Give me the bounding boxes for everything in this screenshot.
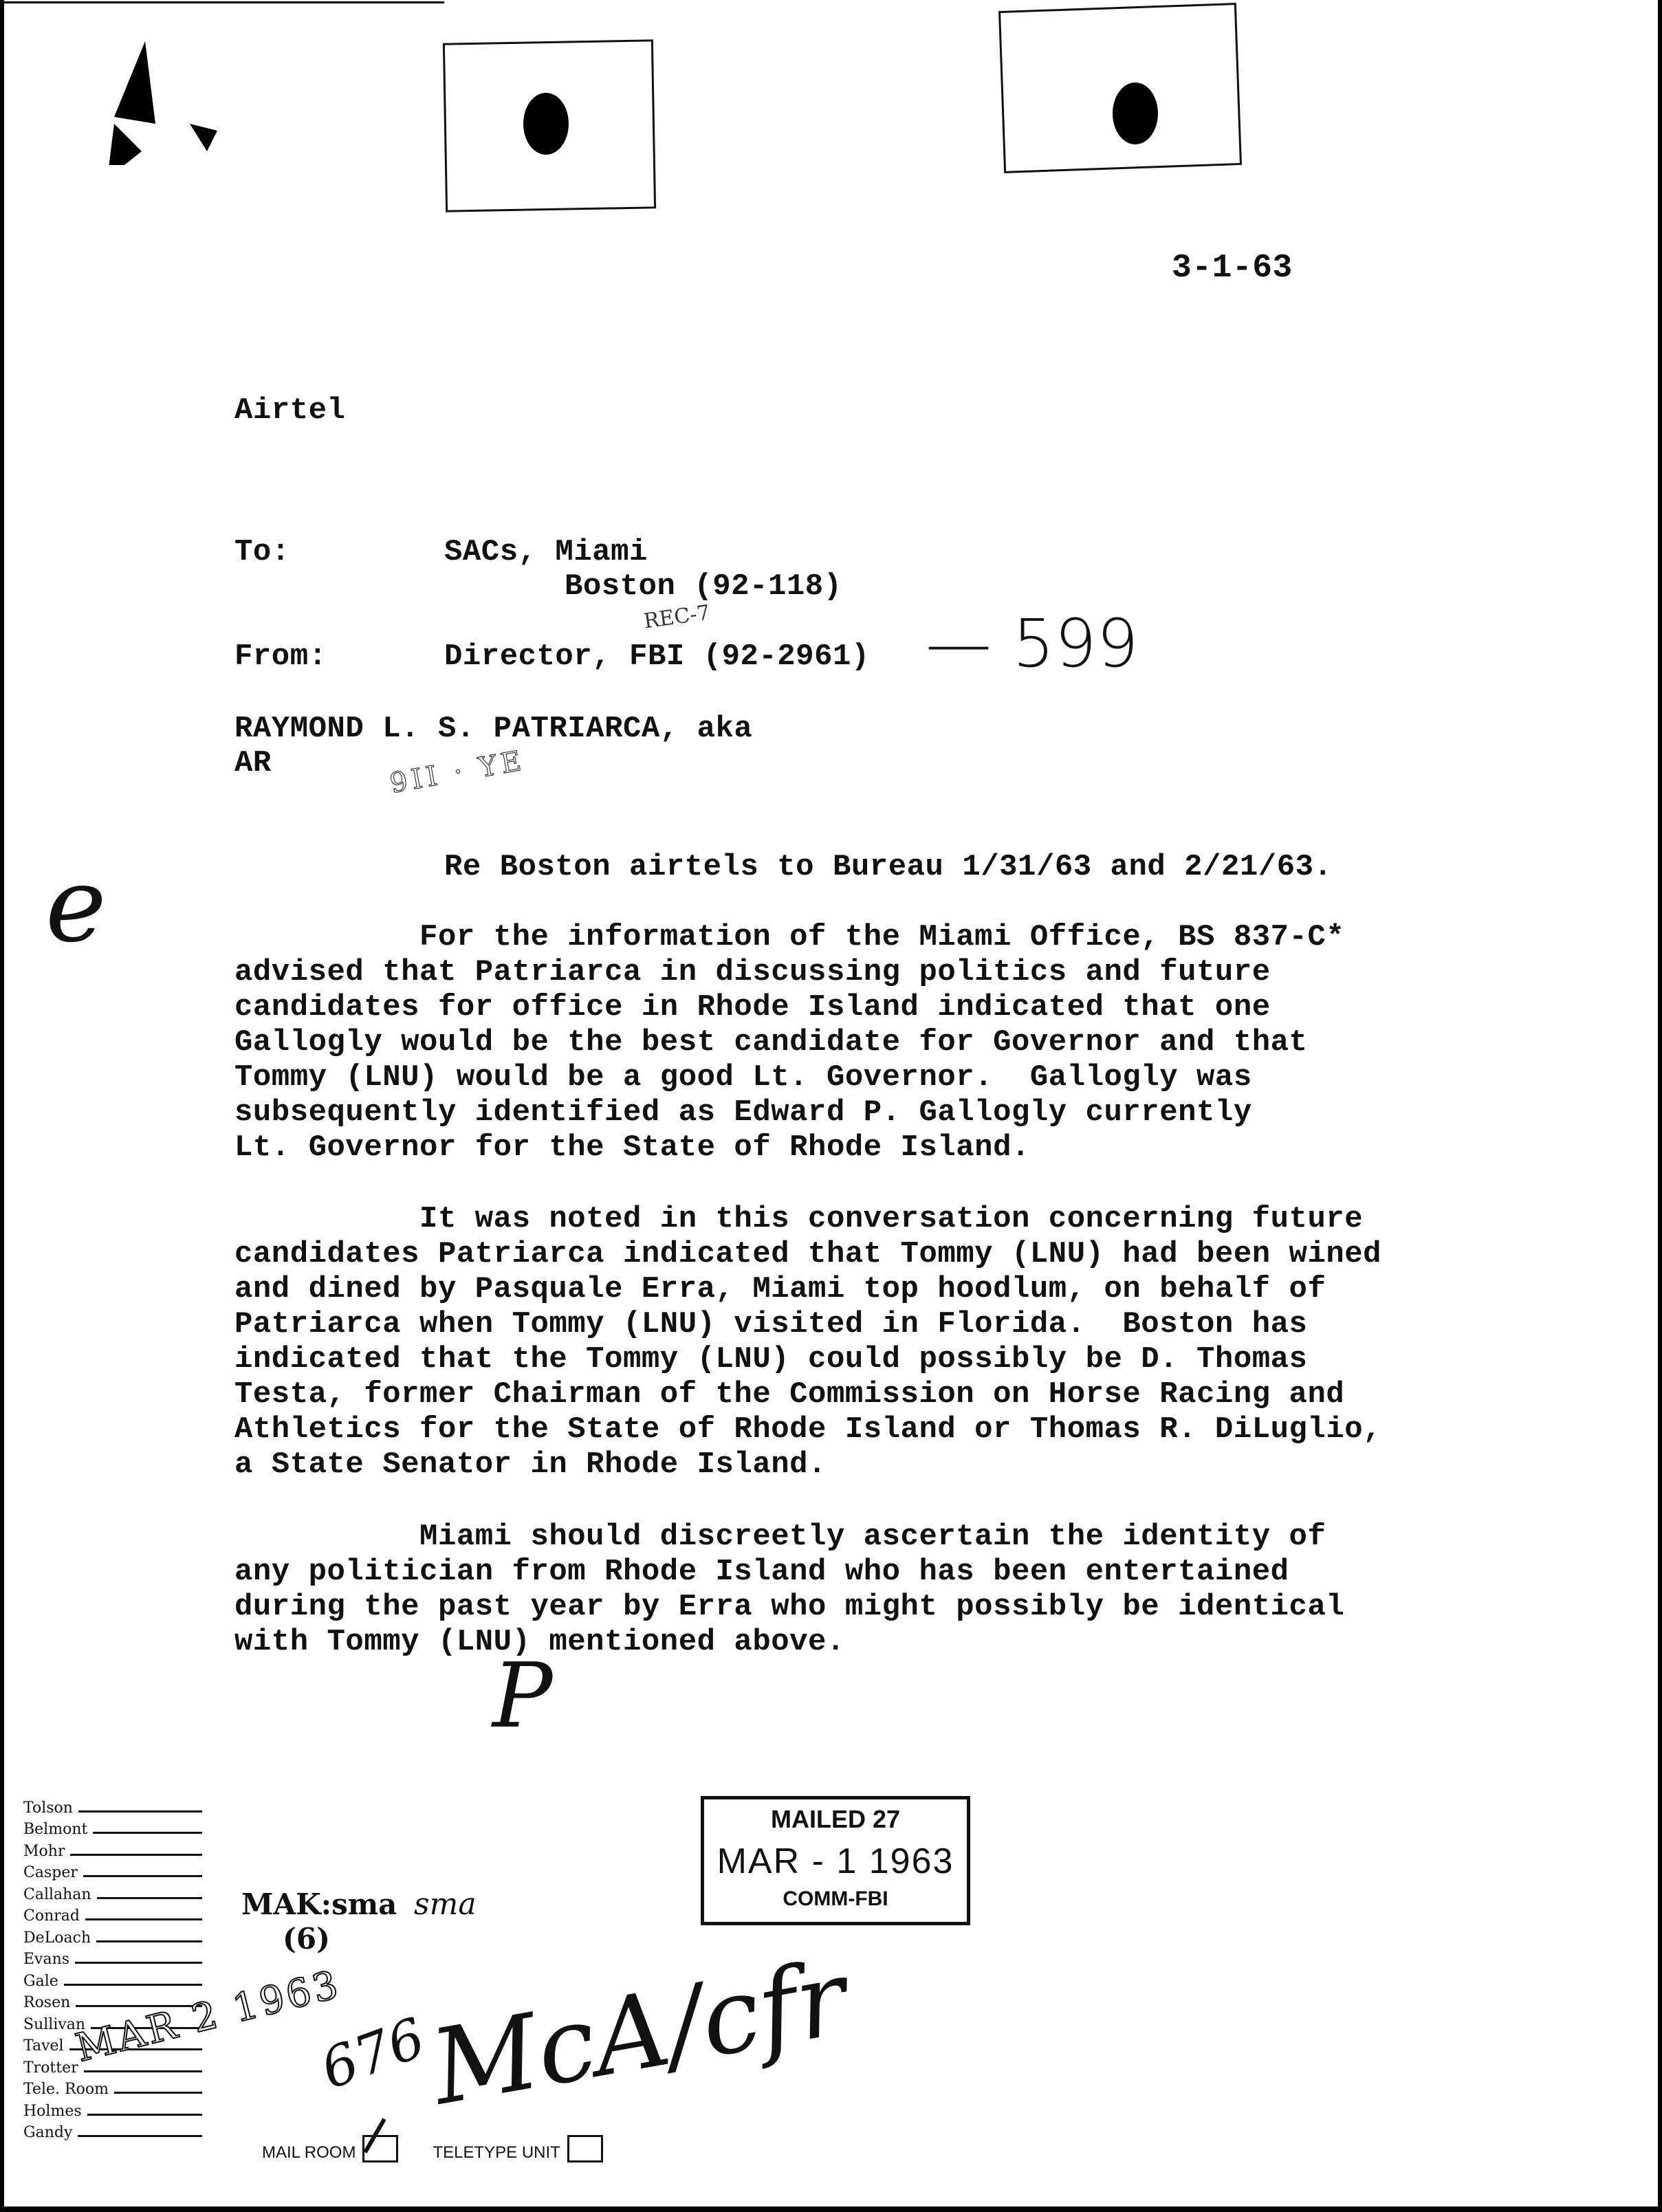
routing-name: Callahan <box>23 1886 91 1903</box>
routing-list: TolsonBelmontMohrCasperCallahanConradDeL… <box>23 1795 202 2141</box>
routing-name: Rosen <box>23 1994 70 2011</box>
handwritten-serial: — 599 <box>926 605 1139 682</box>
punch-hole-left <box>523 93 569 155</box>
file-number-stamp: 9II · YE <box>388 745 528 800</box>
routing-row: Evans <box>23 1947 202 1969</box>
from-label: From: <box>234 639 327 675</box>
initials-signature: P <box>492 1643 552 1748</box>
paragraph-line: candidates for office in Rhode Island in… <box>234 990 1271 1025</box>
routing-initial-line <box>85 1918 202 1920</box>
routing-initial-line <box>97 1897 202 1899</box>
routing-row: Conrad <box>23 1903 202 1925</box>
margin-handwritten-mark: e <box>45 846 107 965</box>
routing-row: Holmes <box>23 2098 202 2120</box>
teletype-unit-label: TELETYPE UNIT <box>433 2143 560 2162</box>
paragraph-line: a State Senator in Rhode Island. <box>234 1447 827 1482</box>
paragraph-line: subsequently identified as Edward P. Gal… <box>234 1095 1252 1130</box>
routing-initial-line <box>78 2135 202 2137</box>
routing-row: Mohr <box>23 1838 202 1860</box>
mailed-stamp-line-1: MAILED 27 <box>704 1805 967 1834</box>
paragraph-line: any politician from Rhode Island who has… <box>234 1555 1289 1590</box>
top-edge-line <box>4 1 444 3</box>
mailed-stamp-line-3: COMM-FBI <box>704 1887 967 1911</box>
mailed-stamp-line-2: MAR - 1 1963 <box>704 1841 967 1882</box>
paragraph-line: It was noted in this conversation concer… <box>234 1202 1363 1237</box>
routing-initial-line <box>70 1854 202 1856</box>
to-recipient-2: Boston (92-118) <box>565 569 842 604</box>
routing-row: Tolson <box>23 1795 202 1817</box>
to-recipient-1: SACs, Miami <box>444 535 648 570</box>
routing-name: Holmes <box>23 2103 82 2120</box>
routing-initial-line <box>64 1984 202 1986</box>
routing-name: DeLoach <box>23 1929 91 1947</box>
document-type: Airtel <box>234 393 345 428</box>
routing-row: Casper <box>23 1860 202 1882</box>
paragraph-line: Gallogly would be the best candidate for… <box>234 1025 1307 1060</box>
routing-initial-line <box>83 1875 202 1877</box>
reference-line: Re Boston airtels to Bureau 1/31/63 and … <box>444 850 1332 885</box>
punch-hole-right <box>1113 83 1158 144</box>
routing-initial-line <box>78 1810 202 1813</box>
routing-initial-line <box>114 2092 202 2094</box>
routing-initial-line <box>84 2070 202 2072</box>
typist-handwritten: sma <box>414 1887 477 1922</box>
mail-room-checkbox[interactable] <box>362 2135 398 2162</box>
paragraph-line: For the information of the Miami Office,… <box>234 920 1344 955</box>
from-value: Director, FBI (92-2961) <box>444 639 870 675</box>
routing-name: Mohr <box>23 1843 65 1860</box>
subject-line-1: RAYMOND L. S. PATRIARCA, aka <box>234 712 752 747</box>
paragraph-line: Athletics for the State of Rhode Island … <box>234 1412 1381 1447</box>
routing-initial-line <box>87 2114 202 2116</box>
routing-initial-line <box>75 1962 202 1964</box>
paragraph-line: advised that Patriarca in discussing pol… <box>234 955 1271 990</box>
handwritten-number: 676 <box>313 2006 433 2102</box>
routing-name: Tavel <box>23 2037 64 2055</box>
paragraph-line: indicated that the Tommy (LNU) could pos… <box>234 1342 1307 1377</box>
paragraph-line: Testa, former Chairman of the Commission… <box>234 1377 1344 1412</box>
routing-name: Tele. Room <box>23 2081 109 2098</box>
subject-line-2: AR <box>234 746 272 781</box>
routing-row: Belmont <box>23 1817 202 1839</box>
paragraph-line: Lt. Governor for the State of Rhode Isla… <box>234 1130 1030 1165</box>
routing-name: Casper <box>23 1864 78 1881</box>
routing-initial-line <box>96 1940 202 1942</box>
routing-row: Gandy <box>23 2120 202 2142</box>
routing-name: Belmont <box>23 1821 87 1838</box>
routing-row: DeLoach <box>23 1925 202 1947</box>
routing-name: Gale <box>23 1973 58 1990</box>
routing-name: Trotter <box>23 2059 78 2077</box>
routing-initial-line <box>93 1832 202 1834</box>
rec-stamp: REC-7 <box>642 600 712 633</box>
paragraph-line: and dined by Pasquale Erra, Miami top ho… <box>234 1272 1326 1307</box>
document-date: 3-1-63 <box>1172 251 1293 286</box>
paragraph-line: Patriarca when Tommy (LNU) visited in Fl… <box>234 1307 1307 1342</box>
paragraph-line: Tommy (LNU) would be a good Lt. Governor… <box>234 1060 1252 1095</box>
to-label: To: <box>234 535 290 570</box>
punch-hole-frame-right <box>998 3 1242 173</box>
routing-name: Gandy <box>23 2124 72 2141</box>
routing-name: Tolson <box>23 1799 73 1817</box>
routing-name: Evans <box>23 1951 69 1968</box>
routing-row: Gale <box>23 1968 202 1990</box>
typist-initials-text: MAK:sma <box>241 1887 397 1921</box>
routing-row: Tele. Room <box>23 2077 202 2099</box>
paragraph-line: Miami should discreetly ascertain the id… <box>234 1520 1326 1555</box>
teletype-unit-checkbox[interactable] <box>567 2135 603 2162</box>
corner-mark-icon <box>87 41 224 165</box>
typist-initials: MAK:sma sma (6) <box>241 1887 477 1956</box>
paragraph-line: candidates Patriarca indicated that Tomm… <box>234 1237 1381 1272</box>
copies-count: (6) <box>283 1922 477 1956</box>
paragraph-line: during the past year by Erra who might p… <box>234 1590 1344 1625</box>
dispatch-options: MAIL ROOM TELETYPE UNIT <box>262 2135 603 2162</box>
handwritten-signature: McA/cfr <box>424 1938 856 2129</box>
mail-room-label: MAIL ROOM <box>262 2143 356 2162</box>
routing-name: Conrad <box>23 1907 80 1925</box>
document-page: 3-1-63 Airtel To: SACs, Miami Boston (92… <box>0 0 1662 2212</box>
mailed-stamp: MAILED 27 MAR - 1 1963 COMM-FBI <box>701 1796 970 1925</box>
routing-row: Callahan <box>23 1881 202 1903</box>
